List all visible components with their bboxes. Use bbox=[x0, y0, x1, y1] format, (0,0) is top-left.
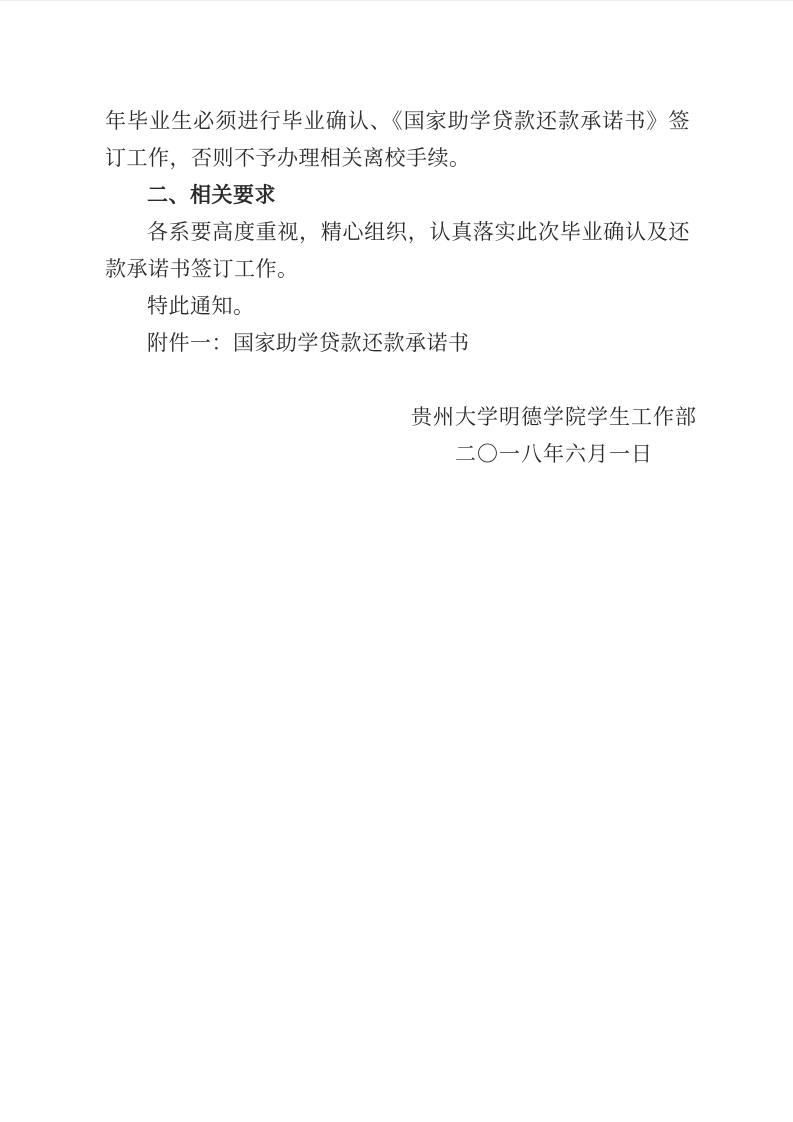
signature-date-line: 二〇一八年六月一日 bbox=[404, 436, 704, 473]
signature-org-line: 贵州大学明德学院学生工作部 bbox=[404, 399, 704, 436]
section-heading: 二、相关要求 bbox=[105, 177, 690, 214]
document-page: 年毕业生必须进行毕业确认、《国家助学贷款还款承诺书》签订工作，否则不予办理相关离… bbox=[0, 0, 793, 1122]
paragraph-requirements: 各系要高度重视，精心组织，认真落实此次毕业确认及还款承诺书签订工作。 bbox=[105, 214, 690, 288]
paragraph-closing-notice: 特此通知。 bbox=[105, 288, 690, 325]
attachment-line: 附件一：国家助学贷款还款承诺书 bbox=[105, 325, 690, 362]
signature-block: 贵州大学明德学院学生工作部 二〇一八年六月一日 bbox=[404, 399, 704, 473]
document-body: 年毕业生必须进行毕业确认、《国家助学贷款还款承诺书》签订工作，否则不予办理相关离… bbox=[105, 103, 690, 473]
blank-line bbox=[105, 362, 690, 399]
paragraph-continuation: 年毕业生必须进行毕业确认、《国家助学贷款还款承诺书》签订工作，否则不予办理相关离… bbox=[105, 103, 690, 177]
